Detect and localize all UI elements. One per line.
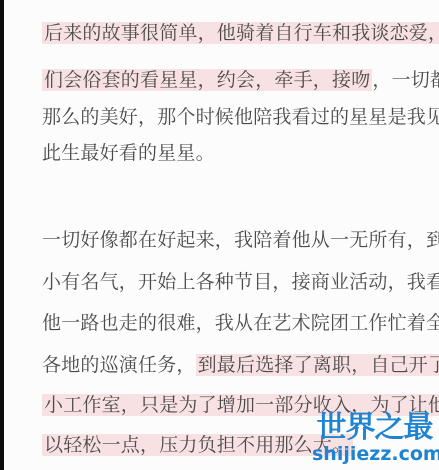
paragraph-1-line-2: 们会俗套的看星星，约会，牵手，接吻，一切都是 [42,66,439,94]
paragraph-1-line-1: 后来的故事很简单，他骑着自行车和我谈恋爱，我 [42,19,439,47]
paragraph-1-line-4: 此生最好看的星星。 [42,139,215,167]
text: 此生最好看的星星。 [42,142,215,164]
text: 各地的巡演任务， [42,354,196,376]
text: 一切好像都在好起来，我陪着他从一无所有，到他 [42,229,439,251]
watermark-logo: 世界之最 shijiezz.com [312,412,437,468]
watermark-title: 世界之最 [312,412,437,444]
paragraph-2-line-4: 各地的巡演任务，到最后选择了离职，自己开了个 [42,351,439,379]
article-page: 后来的故事很简单，他骑着自行车和我谈恋爱，我 们会俗套的看星星，约会，牵手，接吻… [4,0,439,470]
paragraph-2-line-3: 他一路也走的很难，我从在艺术院团工作忙着全球 [42,309,439,337]
highlighted-text: 以轻松一点，压力负担不用那么大。 [42,434,353,456]
highlighted-text: 后来的故事很简单，他骑着自行车和我谈恋爱，我 [42,22,439,44]
text: 他一路也走的很难，我从在艺术院团工作忙着全球 [42,312,439,334]
text: ，一切都是 [372,69,439,91]
paragraph-1-line-3: 那么的美好，那个时候他陪我看过的星星是我见过 [42,103,439,131]
highlighted-text: 们会俗套的看星星，约会，牵手，接吻 [42,69,372,91]
paragraph-2-line-6: 以轻松一点，压力负担不用那么大。 [42,431,353,459]
paragraph-2-line-1: 一切好像都在好起来，我陪着他从一无所有，到他 [42,226,439,254]
paragraph-2-line-2: 小有名气，开始上各种节目，接商业活动，我看着 [42,268,439,296]
text: 那么的美好，那个时候他陪我看过的星星是我见过 [42,106,439,128]
watermark-domain: shijiezz.com [312,444,437,464]
text: 小有名气，开始上各种节目，接商业活动，我看着 [42,271,439,293]
highlighted-text: 到最后选择了离职，自己开了个 [196,354,439,376]
